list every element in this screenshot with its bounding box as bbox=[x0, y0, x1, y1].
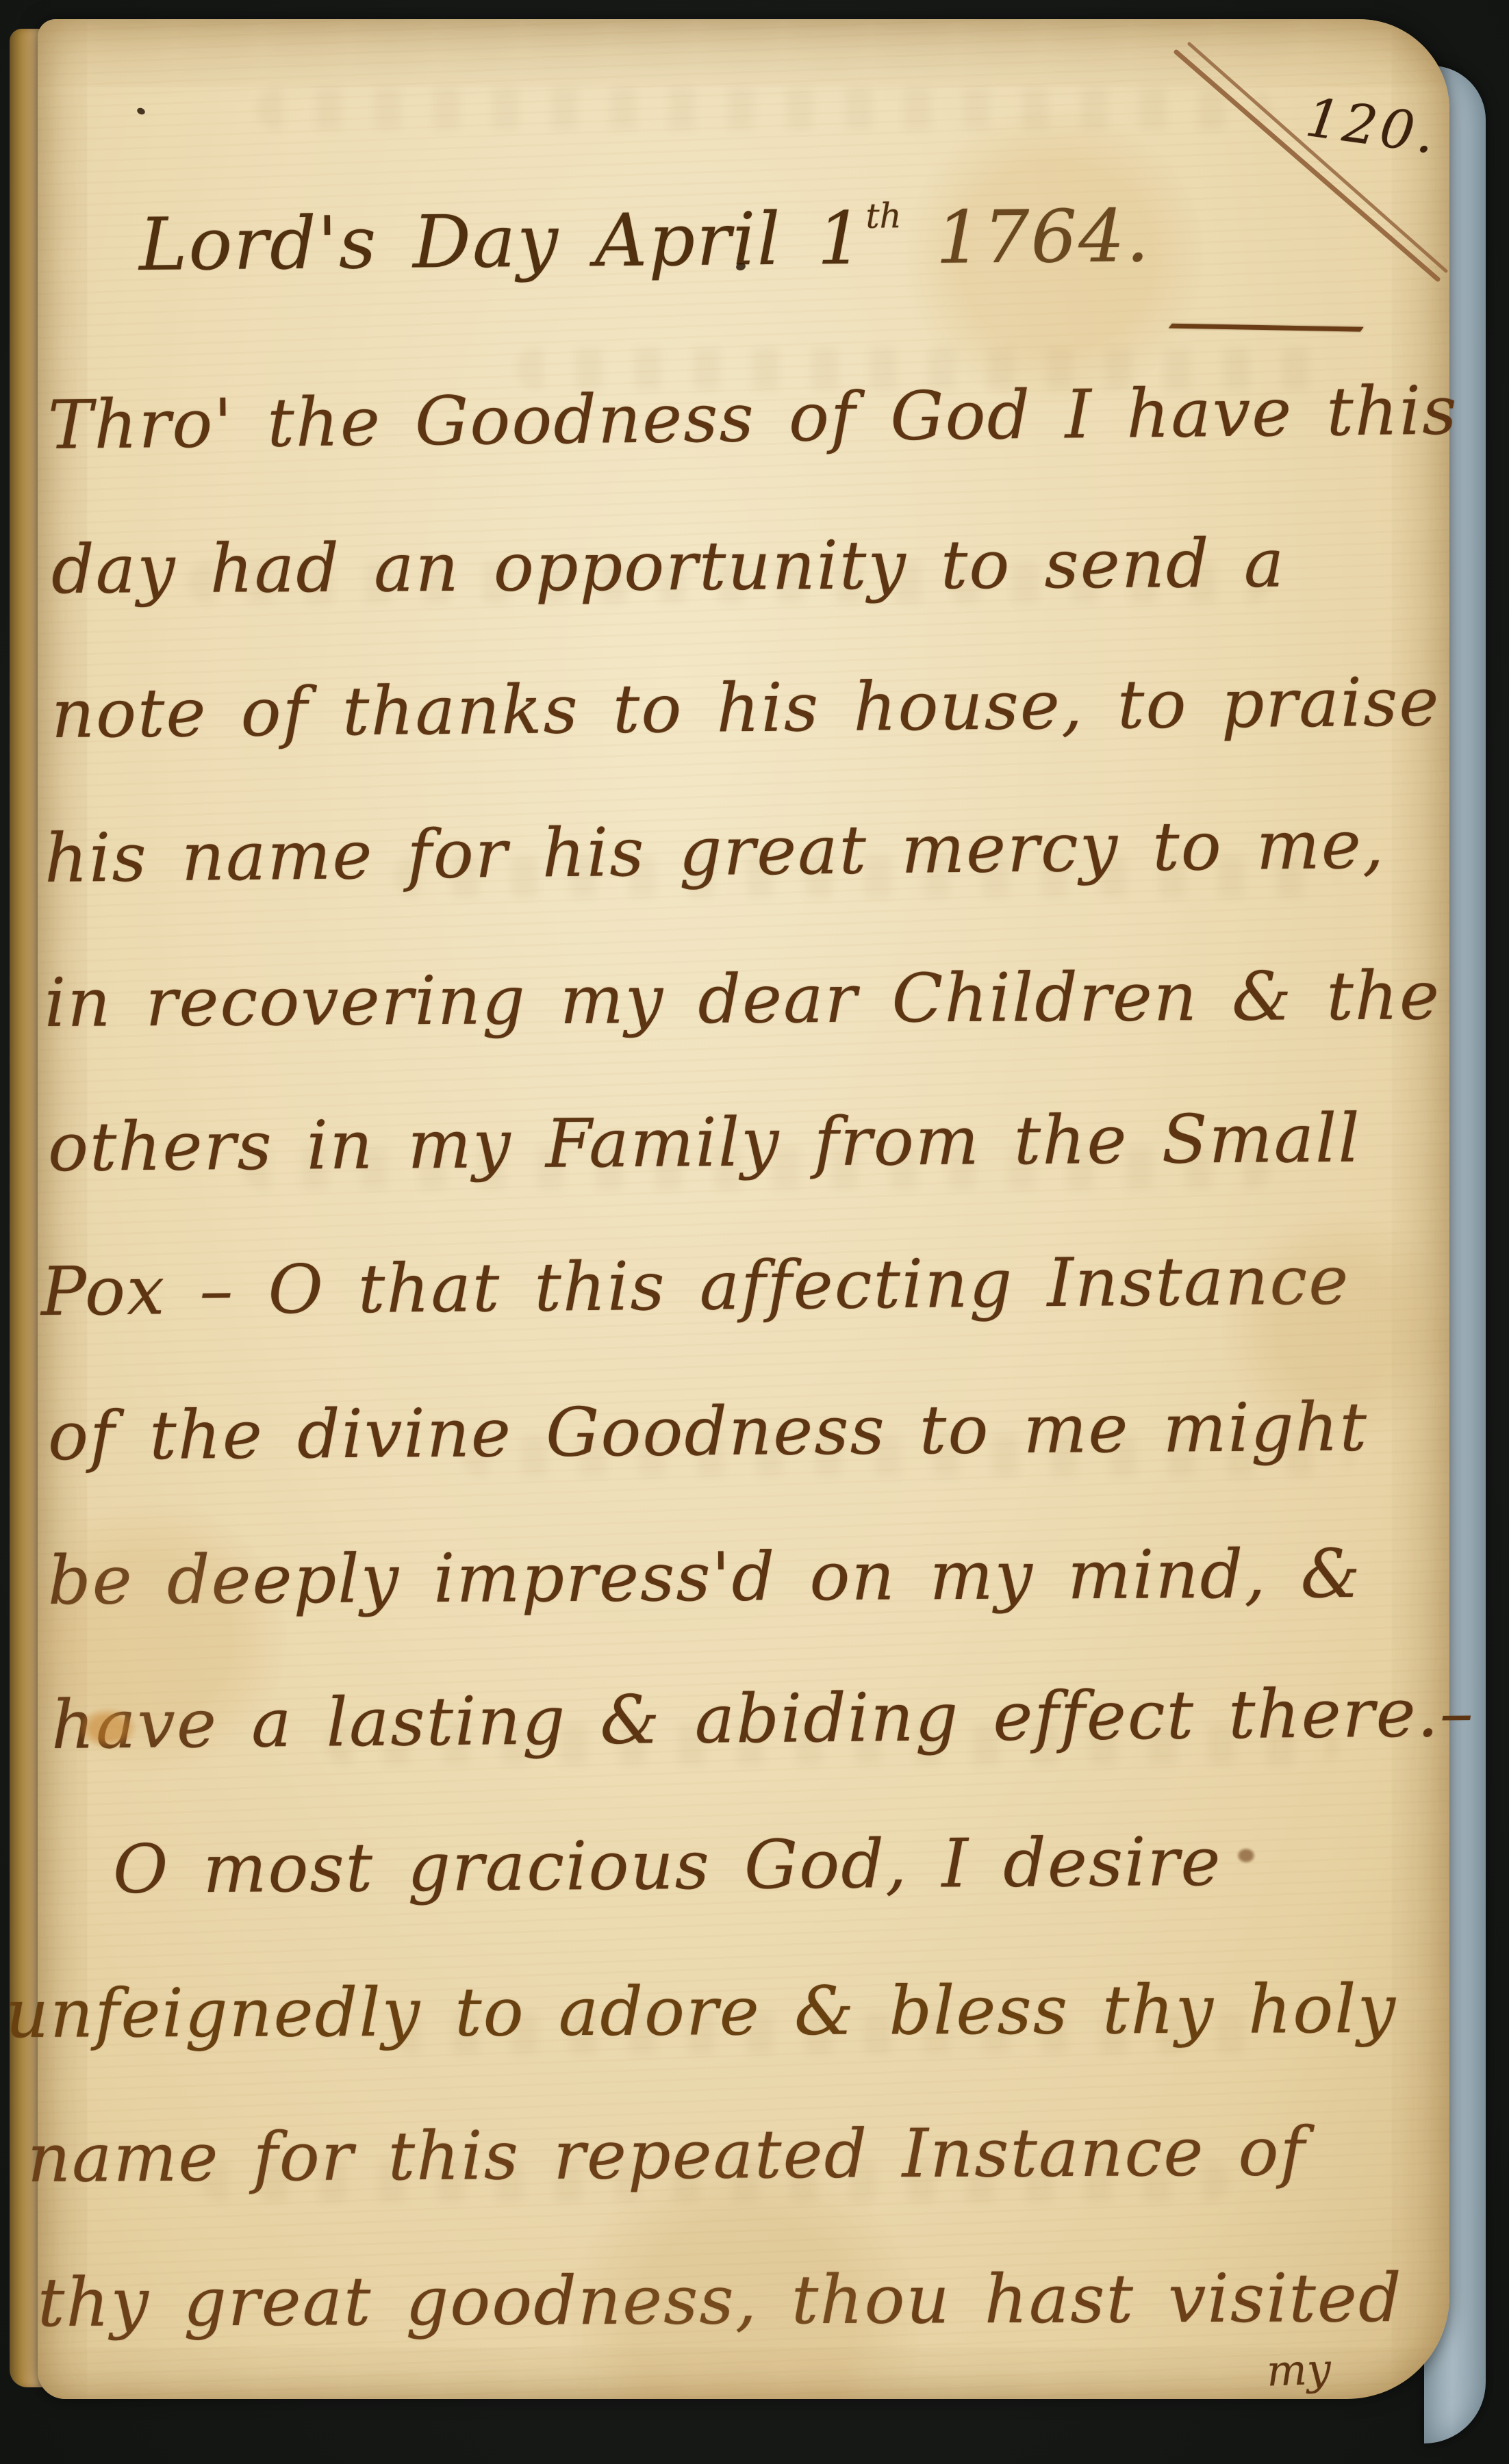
manuscript-line: O most gracious God, I desire bbox=[113, 1823, 1222, 1909]
manuscript-line: in recovering my dear Children & the bbox=[45, 957, 1441, 1042]
manuscript-line: others in my Family from the Small bbox=[48, 1100, 1362, 1187]
ink-spot bbox=[1237, 1848, 1255, 1863]
manuscript-line: of the divine Goodness to me might bbox=[48, 1389, 1369, 1476]
heading-flourish-dash: — bbox=[1156, 278, 1382, 365]
catchword: my bbox=[1266, 2344, 1332, 2396]
photo-background: 120. Lord's Day April 1th 1764. — Thro' … bbox=[0, 0, 1509, 2464]
manuscript-page: 120. Lord's Day April 1th 1764. — Thro' … bbox=[38, 19, 1449, 2399]
manuscript-line: have a lasting & abiding effect there.– bbox=[51, 1674, 1475, 1764]
ink-speck bbox=[136, 107, 147, 116]
manuscript-line: day had an opportunity to send a bbox=[51, 525, 1286, 609]
heading-text-pre: Lord's Day April 1 bbox=[138, 196, 865, 287]
manuscript-line: unfeignedly to adore & bless thy holy bbox=[5, 1971, 1397, 2053]
heading-superscript: th bbox=[865, 196, 902, 235]
manuscript-line: his name for his great mercy to me, bbox=[44, 806, 1385, 897]
manuscript-line: Pox – O that this affecting Instance bbox=[41, 1242, 1350, 1331]
heading-text-post: 1764. bbox=[900, 194, 1150, 280]
entry-heading: Lord's Day April 1th 1764. bbox=[138, 194, 1150, 287]
manuscript-line: be deeply impress'd on my mind, & bbox=[48, 1535, 1362, 1620]
paper-stain bbox=[79, 1708, 136, 1748]
manuscript-line: Thro' the Goodness of God I have this bbox=[47, 372, 1458, 465]
ink-showthrough bbox=[257, 88, 1270, 130]
page-number: 120. bbox=[1302, 87, 1442, 166]
manuscript-line: note of thanks to his house, to praise bbox=[51, 663, 1441, 754]
manuscript-line: name for this repeated Instance of bbox=[27, 2113, 1306, 2198]
manuscript-line: thy great goodness, thou hast visited bbox=[38, 2259, 1403, 2342]
